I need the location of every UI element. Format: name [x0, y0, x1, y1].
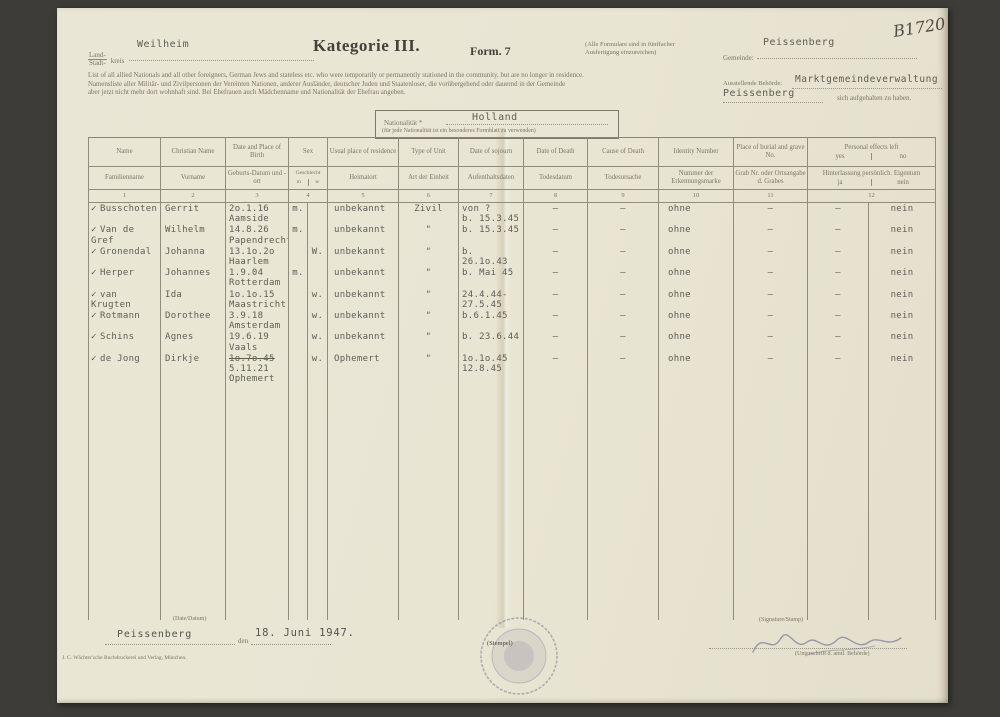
sex-w — [308, 224, 328, 245]
col-residence-de: Heimatort — [328, 167, 399, 190]
residence: unbekannt — [328, 310, 399, 331]
unit: " — [399, 246, 459, 267]
signature-sub-label: (Unterschrift d. amtl. Behörde) — [795, 651, 869, 657]
footer-place-line — [105, 644, 235, 645]
death-cause: – — [588, 289, 659, 310]
burial-place: – — [734, 289, 808, 310]
burial-place: – — [734, 246, 808, 267]
unit: Zivil — [399, 203, 459, 225]
check-mark: ✓ — [91, 268, 100, 278]
table-row: ✓Rotmann Dorothee 3.9.18Amsterdam w. unb… — [89, 310, 936, 331]
unit: " — [399, 353, 459, 385]
stamp-label: (Stempel) — [487, 640, 513, 647]
effects-yes: – — [808, 310, 869, 331]
first-name: Ida — [161, 289, 226, 310]
surname: Herper — [100, 268, 134, 278]
identity-number: ohne — [659, 246, 734, 267]
death-cause: – — [588, 353, 659, 385]
table-row: ✓Gronendal Johanna 13.1o.2oHaarlem W. un… — [89, 246, 936, 267]
first-name: Johannes — [161, 267, 226, 288]
kreis-label-stadt: Stadt- — [88, 60, 107, 67]
birth-cell: 19.6.19Vaals — [226, 331, 289, 352]
sex-m — [289, 289, 308, 310]
col-burial-de: Grab Nr. oder Ortsangabe d. Grabes — [734, 167, 808, 190]
sex-m-w: m w — [290, 179, 326, 187]
col-burial-en: Place of burial and grave No. — [734, 138, 808, 167]
table-row: ✓Van de Gref Wilhelm 14.8.26Papendrecht … — [89, 224, 936, 245]
col-identity-en: Identity Number — [659, 138, 734, 167]
table-row: ✓Herper Johannes 1.9.04Rotterdam m. unbe… — [89, 267, 936, 288]
effects-no: nein — [869, 267, 936, 288]
intro-english: List of all allied Nationals and all oth… — [88, 72, 718, 81]
persons-table: Name Christian Name Date and Place of Bi… — [88, 137, 936, 620]
footer-date-line — [251, 644, 331, 645]
col-sex-en: Sex — [289, 138, 328, 167]
sojourn-cell: 1o.1o.4512.8.45 — [459, 353, 524, 385]
burial-place: – — [734, 353, 808, 385]
effects-yes-no: yes no — [809, 153, 934, 161]
effects-no: nein — [869, 224, 936, 245]
residence: unbekannt — [328, 289, 399, 310]
col-effects-en: Personal effects left yes no — [808, 138, 936, 167]
death-date: – — [524, 203, 588, 225]
col-identity-de: Nummer der Erkennungsmarke — [659, 167, 734, 190]
col-sojourn-en: Date of sojourn — [459, 138, 524, 167]
col-vorname-de: Vorname — [161, 167, 226, 190]
birth-cell: 1.9.04Rotterdam — [226, 267, 289, 288]
sex-w: w. — [308, 331, 328, 352]
col-cause-en: Cause of Death — [588, 138, 659, 167]
identity-number: ohne — [659, 310, 734, 331]
residence-note: sich aufgehalten zu haben. — [837, 94, 911, 102]
effects-no: nein — [869, 289, 936, 310]
sojourn-cell: b. Mai 45 — [459, 267, 524, 288]
death-date: – — [524, 310, 588, 331]
table-row: ✓Schins Agnes 19.6.19Vaals w. unbekannt … — [89, 331, 936, 352]
sojourn-cell: b. 23.6.44 — [459, 331, 524, 352]
unit: " — [399, 310, 459, 331]
sojourn-cell: b.6.1.45 — [459, 310, 524, 331]
first-name: Dorothee — [161, 310, 226, 331]
paper-sheet: Land- Stadt- kreis Weilheim Kategorie II… — [57, 8, 948, 703]
behoerde-label: Ausstellende Behörde: — [723, 80, 782, 87]
col-birth-en: Date and Place of Birth — [226, 138, 289, 167]
surname: Gronendal — [100, 247, 151, 257]
table-row: ✓Busschoten Gerrit 2o.1.16Aamside m. unb… — [89, 203, 936, 225]
col-death-de: Todesdatum — [524, 167, 588, 190]
nationality-box: Nationalität * Holland (für jede Nationa… — [375, 110, 619, 139]
check-mark: ✓ — [91, 311, 100, 321]
sex-w: W. — [308, 246, 328, 267]
gemeinde-line — [757, 58, 917, 59]
col-unit-de: Art der Einheit — [399, 167, 459, 190]
death-cause: – — [588, 267, 659, 288]
first-name: Dirkje — [161, 353, 226, 385]
residence: unbekannt — [328, 224, 399, 245]
surname: de Jong — [100, 354, 140, 364]
unit: " — [399, 224, 459, 245]
sex-w — [308, 203, 328, 225]
identity-number: ohne — [659, 203, 734, 225]
effects-no: nein — [869, 203, 936, 225]
birth-cell: 13.1o.2oHaarlem — [226, 246, 289, 267]
intro-german-1: Namensliste aller Militär- und Zivilpers… — [88, 81, 718, 90]
death-date: – — [524, 224, 588, 245]
effects-yes: – — [808, 289, 869, 310]
death-date: – — [524, 331, 588, 352]
table-row: ✓van Krugten Ida 1o.1o.15Maastricht w. u… — [89, 289, 936, 310]
nationality-label: Nationalität * — [384, 119, 422, 127]
death-date: – — [524, 246, 588, 267]
burial-place: – — [734, 310, 808, 331]
sojourn-cell: von ?b. 15.3.45 — [459, 203, 524, 225]
death-cause: – — [588, 310, 659, 331]
intro-paragraph: List of all allied Nationals and all oth… — [88, 72, 718, 98]
col-vorname-en: Christian Name — [161, 138, 226, 167]
nationality-line — [446, 124, 608, 125]
sex-w: w. — [308, 310, 328, 331]
nationality-value: Holland — [472, 112, 518, 123]
birth-cell: 1o.1o.15Maastricht — [226, 289, 289, 310]
birth-cell: 2o.1.16Aamside — [226, 203, 289, 225]
identity-number: ohne — [659, 267, 734, 288]
surname: Busschoten — [100, 204, 157, 214]
burial-place: – — [734, 331, 808, 352]
sex-w: w. — [308, 289, 328, 310]
sex-m — [289, 353, 308, 385]
residence: unbekannt — [328, 246, 399, 267]
residence: unbekannt — [328, 331, 399, 352]
identity-number: ohne — [659, 289, 734, 310]
col-name-en: Name — [89, 138, 161, 167]
printer-imprint: J. C. Wächter'sche Buchdruckerei und Ver… — [62, 655, 187, 661]
sex-w: w. — [308, 353, 328, 385]
check-mark: ✓ — [91, 225, 100, 235]
surname: Schins — [100, 332, 134, 342]
death-cause: – — [588, 331, 659, 352]
scanned-document: Land- Stadt- kreis Weilheim Kategorie II… — [0, 0, 1000, 717]
kreis-block: Land- Stadt- kreis — [88, 50, 124, 68]
death-date: – — [524, 353, 588, 385]
check-mark: ✓ — [91, 247, 100, 257]
first-name: Wilhelm — [161, 224, 226, 245]
gemeinde-value: Peissenberg — [763, 37, 835, 48]
sojourn-cell: b. 15.3.45 — [459, 224, 524, 245]
residence: unbekannt — [328, 267, 399, 288]
check-mark: ✓ — [91, 354, 100, 364]
col-birth-de: Geburts-Datum und -ort — [226, 167, 289, 190]
copies-note: (Alle Formulare sind in fünffacher Ausfe… — [585, 41, 715, 56]
sojourn-cell: b. 26.1o.43 — [459, 246, 524, 267]
kreis-suffix: kreis — [111, 57, 125, 65]
handwritten-number: B1720 — [892, 14, 947, 41]
col-residence-en: Usual place of residence — [328, 138, 399, 167]
effects-yes: – — [808, 246, 869, 267]
footer-date: 18. Juni 1947. — [255, 627, 355, 639]
date-label: (Date/Datum) — [173, 616, 206, 622]
death-cause: – — [588, 246, 659, 267]
birth-cell: 14.8.26Papendrecht — [226, 224, 289, 245]
effects-yes: – — [808, 353, 869, 385]
check-mark: ✓ — [91, 332, 100, 342]
unit: " — [399, 289, 459, 310]
birth-cell: 3.9.18Amsterdam — [226, 310, 289, 331]
nationality-note: (für jede Nationalität ist ein besondere… — [382, 128, 536, 134]
surname: Rotmann — [100, 311, 140, 321]
col-effects-de: Hinterlassung persönlich. Eigentum ja ne… — [808, 167, 936, 190]
burial-place: – — [734, 224, 808, 245]
behoerde-value: Marktgemeindeverwaltung — [795, 74, 938, 85]
unit: " — [399, 331, 459, 352]
behoerde-place: Peissenberg — [723, 88, 795, 99]
residence: Ophemert — [328, 353, 399, 385]
sojourn-cell: 24.4.44-27.5.45 — [459, 289, 524, 310]
effects-no: nein — [869, 246, 936, 267]
col-unit-en: Type of Unit — [399, 138, 459, 167]
effects-yes: – — [808, 203, 869, 225]
col-name-de: Familienname — [89, 167, 161, 190]
sex-m — [289, 331, 308, 352]
den-label: den — [238, 637, 248, 645]
death-date: – — [524, 267, 588, 288]
first-name: Agnes — [161, 331, 226, 352]
unit: " — [399, 267, 459, 288]
table-row: ✓de Jong Dirkje 1o.7o.455.11.21Ophemert … — [89, 353, 936, 385]
identity-number: ohne — [659, 224, 734, 245]
residence: unbekannt — [328, 203, 399, 225]
official-stamp — [473, 608, 565, 700]
col-cause-de: Todesursache — [588, 167, 659, 190]
footer-place: Peissenberg — [117, 629, 192, 640]
sex-m: m. — [289, 224, 308, 245]
sex-m: m. — [289, 267, 308, 288]
col-sojourn-de: Aufenthaltsdaten — [459, 167, 524, 190]
effects-ja-nein: ja nein — [809, 179, 934, 187]
effects-no: nein — [869, 310, 936, 331]
check-mark: ✓ — [91, 204, 100, 214]
table-header: Name Christian Name Date and Place of Bi… — [89, 138, 936, 203]
check-mark: ✓ — [91, 290, 100, 300]
effects-yes: – — [808, 267, 869, 288]
col-sex-de: Geschlecht m w — [289, 167, 328, 190]
table-body: ✓Busschoten Gerrit 2o.1.16Aamside m. unb… — [89, 203, 936, 620]
sex-m — [289, 246, 308, 267]
kreis-value: Weilheim — [137, 39, 189, 50]
empty-table-area — [89, 385, 936, 620]
death-cause: – — [588, 224, 659, 245]
death-date: – — [524, 289, 588, 310]
identity-number: ohne — [659, 353, 734, 385]
gemeinde-label: Gemeinde: — [723, 54, 754, 62]
effects-yes: – — [808, 331, 869, 352]
column-numbers: 1 2 3 4 5 6 7 8 9 10 11 12 — [89, 190, 936, 203]
sex-m: m. — [289, 203, 308, 225]
form-number: Form. 7 — [470, 44, 511, 59]
intro-german-2: aber jetzt nicht mehr dort wohnhaft sind… — [88, 89, 718, 98]
first-name: Johanna — [161, 246, 226, 267]
effects-no: nein — [869, 353, 936, 385]
death-cause: – — [588, 203, 659, 225]
sex-w — [308, 267, 328, 288]
birth-cell: 1o.7o.455.11.21Ophemert — [226, 353, 289, 385]
behoerde-line — [792, 88, 942, 89]
first-name: Gerrit — [161, 203, 226, 225]
sex-m — [289, 310, 308, 331]
effects-no: nein — [869, 331, 936, 352]
page-title: Kategorie III. — [313, 36, 420, 56]
col-death-en: Date of Death — [524, 138, 588, 167]
behoerde-place-line — [723, 102, 823, 103]
kreis-line — [129, 60, 314, 61]
effects-yes: – — [808, 224, 869, 245]
identity-number: ohne — [659, 331, 734, 352]
burial-place: – — [734, 203, 808, 225]
burial-place: – — [734, 267, 808, 288]
